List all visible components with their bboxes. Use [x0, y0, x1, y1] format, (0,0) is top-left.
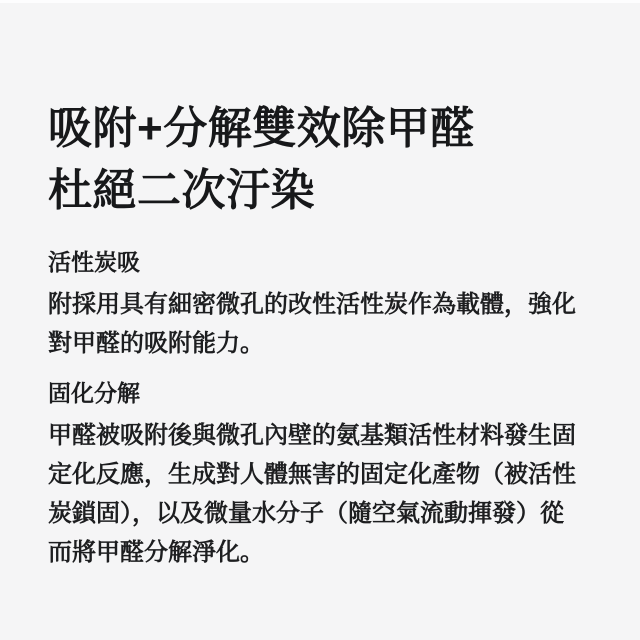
page-title: 吸附+分解雙效除甲醛 杜絕二次汙染 — [48, 98, 602, 222]
body-text-line: 附採用具有細密微孔的改性活性炭作為載體，強化 — [48, 285, 602, 324]
section-body: 附採用具有細密微孔的改性活性炭作為載體，強化 對甲醛的吸附能力。 — [48, 285, 602, 363]
body-text-line: 炭鎖固），以及微量水分子（隨空氣流動揮發）從 — [48, 494, 602, 533]
body-text-line: 定化反應，生成對人體無害的固定化產物（被活性 — [48, 455, 602, 494]
product-info-panel: 吸附+分解雙效除甲醛 杜絕二次汙染 活性炭吸 附採用具有細密微孔的改性活性炭作為… — [0, 0, 640, 572]
body-text-line: 而將甲醛分解淨化。 — [48, 533, 602, 572]
top-edge-highlight — [0, 0, 640, 3]
body-text-line: 對甲醛的吸附能力。 — [48, 324, 602, 363]
body-text-line: 甲醛被吸附後與微孔內壁的氨基類活性材料發生固 — [48, 416, 602, 455]
section-activated-carbon-adsorption: 活性炭吸 附採用具有細密微孔的改性活性炭作為載體，強化 對甲醛的吸附能力。 — [48, 246, 602, 363]
section-heading: 活性炭吸 — [48, 246, 602, 278]
title-line-2: 杜絕二次汙染 — [48, 160, 602, 222]
section-body: 甲醛被吸附後與微孔內壁的氨基類活性材料發生固 定化反應，生成對人體無害的固定化產… — [48, 416, 602, 572]
section-heading: 固化分解 — [48, 377, 602, 409]
title-line-1: 吸附+分解雙效除甲醛 — [48, 98, 602, 160]
section-curing-decomposition: 固化分解 甲醛被吸附後與微孔內壁的氨基類活性材料發生固 定化反應，生成對人體無害… — [48, 377, 602, 572]
product-description-image: { "meta": { "background_color": "#f5f5f6… — [0, 0, 640, 640]
